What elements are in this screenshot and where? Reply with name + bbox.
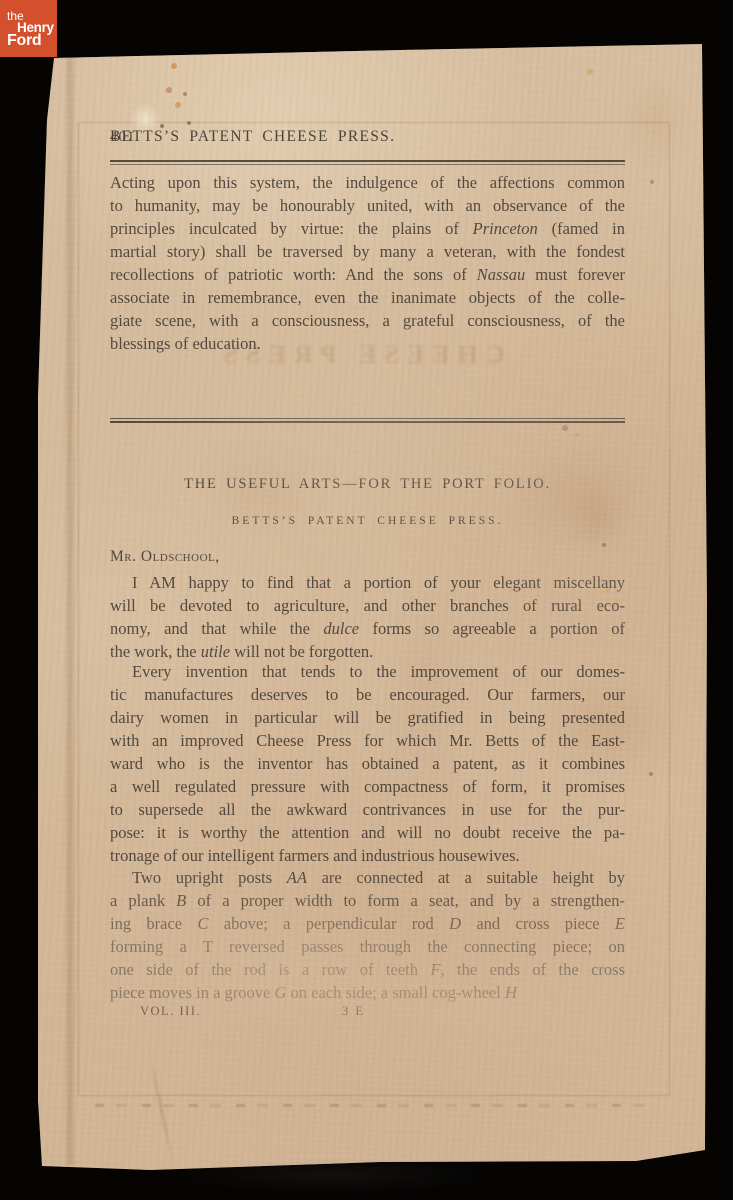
- text-line: to humanity, may be honourably united, w…: [110, 194, 625, 217]
- text-line: Acting upon this system, the indulgence …: [110, 171, 625, 194]
- scanned-document-photo: CHEESE PRESS BETTS’S PATENT CHEESE PRESS…: [0, 0, 733, 1200]
- article-title: BETTS’S PATENT CHEESE PRESS.: [110, 515, 625, 527]
- text-line: will be devoted to agriculture, and othe…: [110, 594, 625, 617]
- text-line: with an improved Cheese Press for which …: [110, 729, 625, 752]
- text-line: pose: it is worthy the attention and wil…: [110, 821, 625, 844]
- show-through-dashes: [95, 1104, 655, 1107]
- paragraph-every-invention: Every invention that tends to the improv…: [110, 660, 625, 867]
- text-line: ward who is the inventor has obtained a …: [110, 752, 625, 775]
- text-line: blessings of education.: [110, 332, 625, 355]
- section-heading: THE USEFUL ARTS—FOR THE PORT FOLIO.: [110, 476, 625, 493]
- paragraph-intro: I AM happy to find that a portion of you…: [110, 571, 625, 663]
- text-line: associate in remembrance, even the inani…: [110, 286, 625, 309]
- printed-content: BETTS’S PATENT CHEESE PRESS. 401 Acting …: [110, 120, 625, 1050]
- paper-crease-left: [64, 40, 76, 1165]
- text-line: forming a T reversed passes through the …: [110, 935, 625, 958]
- salutation: Mr. Oldschool,: [110, 548, 625, 566]
- page-number: 401: [110, 129, 625, 146]
- text-line: one side of the rod is a row of teeth F,…: [110, 958, 625, 981]
- volume-label: VOL. III.: [140, 1004, 201, 1019]
- text-line: tic manufactures deserves to be encourag…: [110, 683, 625, 706]
- text-line: principles inculcated by virtue: the pla…: [110, 217, 625, 240]
- text-line: ing brace C above; a perpendicular rod D…: [110, 912, 625, 935]
- text-line: to supersede all the awkward contrivance…: [110, 798, 625, 821]
- paragraph-two-upright-posts: Two upright posts AA are connected at a …: [110, 866, 625, 1004]
- text-line: giate scene, with a consciousness, a gra…: [110, 309, 625, 332]
- document-page: CHEESE PRESS BETTS’S PATENT CHEESE PRESS…: [0, 0, 733, 1200]
- header-double-rule: [110, 160, 625, 165]
- paragraph-acting: Acting upon this system, the indulgence …: [110, 171, 625, 355]
- text-line: piece moves in a groove G on each side; …: [110, 981, 625, 1004]
- text-line: recollections of patriotic worth: And th…: [110, 263, 625, 286]
- text-line: dairy women in particular will be gratif…: [110, 706, 625, 729]
- signature-mark: 3 E: [342, 1004, 365, 1019]
- text-line: Every invention that tends to the improv…: [110, 660, 625, 683]
- text-line: tronage of our intelligent farmers and i…: [110, 844, 625, 867]
- text-line: a well regulated pressure with compactne…: [110, 775, 625, 798]
- text-line: I AM happy to find that a portion of you…: [110, 571, 625, 594]
- text-line: martial story) shall be traversed by man…: [110, 240, 625, 263]
- text-line: a plank B of a proper width to form a se…: [110, 889, 625, 912]
- section-divider-rule: [110, 418, 625, 423]
- text-line: nomy, and that while the dulce forms so …: [110, 617, 625, 640]
- text-line: Two upright posts AA are connected at a …: [110, 866, 625, 889]
- henry-ford-logo: the Henry Ford: [0, 0, 57, 57]
